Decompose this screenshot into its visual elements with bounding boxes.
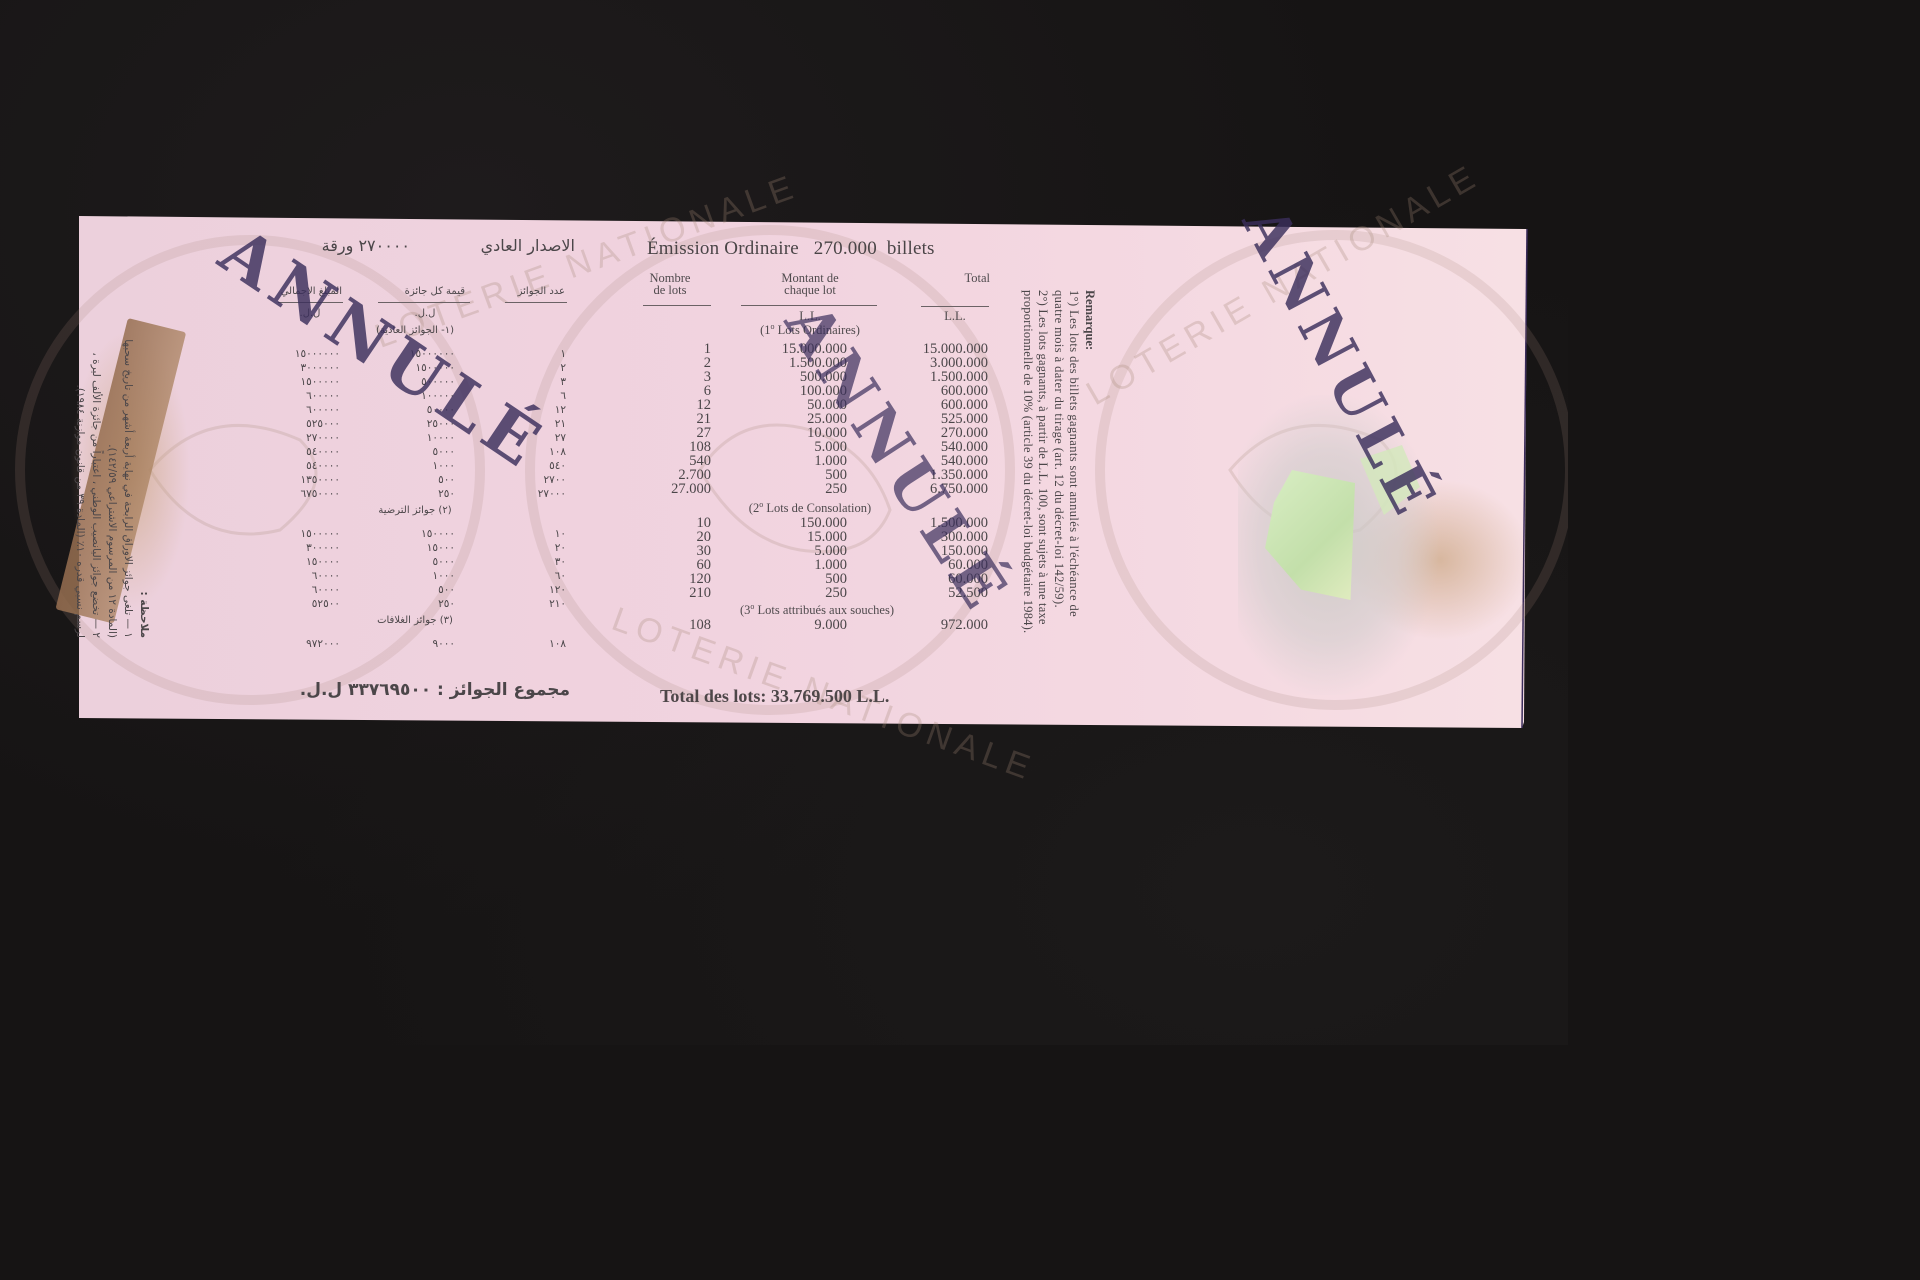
cell-count: 27.000 [601, 482, 711, 496]
cell-count: 210 [601, 586, 711, 600]
arabic-notes-line-3: ٢ — تخضع جوائز اليانصيب الوطني ، اعتبارا… [88, 293, 104, 638]
cell-total: 3.000.000 [878, 356, 988, 370]
french-title: Émission Ordinaire 270.000 billets [647, 238, 935, 260]
cell-amount: 500 [737, 468, 847, 482]
currency-total: L.L. [935, 310, 975, 322]
cell-count: 60 [601, 558, 711, 572]
ar-rule-count [505, 302, 567, 303]
cell-count: 12 [601, 398, 711, 412]
cell-count: 27 [601, 426, 711, 440]
ar-cell-amount: ٥٠٠ [355, 583, 455, 597]
ar-cell-total: ١٥٠٠٠٠٠ [240, 375, 340, 389]
ar-cell-total: ١٥٠٠٠٠ [240, 555, 340, 569]
ar-cell-amount: ٥٠٠٠ [355, 445, 455, 459]
section-label: (2o Lots de Consolation) [740, 500, 880, 516]
ar-cell-amount: ٥٠٠ [355, 473, 455, 487]
col-header-total: Total [940, 272, 990, 284]
remark-heading: Remarque: [1082, 290, 1098, 633]
cell-amount: 500 [737, 572, 847, 586]
cell-count: 6 [601, 384, 711, 398]
cell-count: 10 [601, 516, 711, 530]
col-header-amount-line2: chaque lot [760, 284, 860, 296]
section-label: (3o Lots attribués aux souches) [740, 602, 880, 618]
ar-cell-total: ١٣٥٠٠٠٠ [240, 473, 340, 487]
issue-type: Émission Ordinaire [647, 238, 799, 259]
ar-cell-amount: ١٥٠٠٠٠ [355, 527, 455, 541]
ar-cell-total: ٦٠٠٠٠ [240, 583, 340, 597]
cell-count: 2.700 [601, 468, 711, 482]
cell-count: 20 [601, 530, 711, 544]
ar-cell-total: ٦٠٠٠٠ [240, 569, 340, 583]
ar-cell-count: ٢٠ [466, 541, 566, 555]
ar-currency-amount: ل.ل. [405, 308, 445, 319]
ar-cell-amount: ١٠٠٠ [355, 459, 455, 473]
remark-line-3: 2°) Les lots gagnants, à partir de L.L. … [1035, 290, 1051, 633]
cell-amount: 15.000 [737, 530, 847, 544]
arabic-notes-heading: ملاحظة : [136, 293, 152, 638]
cell-amount: 250 [737, 482, 847, 496]
ar-section-label: (٣) جوائز الغلافات [360, 615, 470, 626]
lottery-ticket: LOTERIE NATIONALE LOTERIE NATIONALE LOTE… [0, 0, 1568, 1045]
cell-amount: 5.000 [737, 440, 847, 454]
ar-cell-count: ٣٠ [466, 555, 566, 569]
col-header-amount: Montant de chaque lot [760, 272, 860, 296]
ar-cell-total: ٦٠٠٠٠٠ [240, 403, 340, 417]
ar-cell-amount: ٢٥٠ [355, 597, 455, 611]
ar-cell-total: ٥٤٠٠٠٠ [240, 459, 340, 473]
tickets-label: billets [887, 238, 935, 259]
ar-cell-count: ١٠٨ [466, 637, 566, 651]
cell-count: 1 [601, 342, 711, 356]
ar-cell-amount: ٩٠٠٠ [355, 637, 455, 651]
ar-rule-amount [378, 302, 470, 303]
cell-count: 120 [601, 572, 711, 586]
rule-total [921, 306, 989, 307]
ar-cell-total: ٥٤٠٠٠٠ [240, 445, 340, 459]
cell-count: 21 [601, 412, 711, 426]
ar-cell-count: ٦٠ [466, 569, 566, 583]
ar-cell-total: ٣٠٠٠٠٠٠ [240, 361, 340, 375]
cell-amount: 5.000 [737, 544, 847, 558]
ar-cell-total: ٣٠٠٠٠٠ [240, 541, 340, 555]
ar-section-label: (٢) جوائز الترضية [360, 505, 470, 516]
cell-amount: 1.000 [737, 558, 847, 572]
ar-col-header-amount: قيمة كل جائزة [385, 286, 465, 297]
remark-line-1: 1°) Les lots des billets gagnants sont a… [1066, 290, 1082, 633]
ar-cell-total: ٢٧٠٠٠٠ [240, 431, 340, 445]
ar-cell-total: ١٥٠٠٠٠٠ [240, 527, 340, 541]
cell-count: 2 [601, 356, 711, 370]
cell-amount: 250 [737, 586, 847, 600]
ar-cell-total: ٦٠٠٠٠٠ [240, 389, 340, 403]
ar-cell-total: ٥٢٥٠٠ [240, 597, 340, 611]
ar-cell-total: ٥٢٥٠٠٠ [240, 417, 340, 431]
ar-cell-count: ١٢٠ [466, 583, 566, 597]
ar-cell-amount: ١٥٠٠٠ [355, 541, 455, 555]
ar-col-header-count: عدد الجوائز [500, 286, 565, 297]
ar-cell-amount: ٢٥٠ [355, 487, 455, 501]
ar-cell-count: ٢٧٠٠٠ [466, 487, 566, 501]
cell-amount: 1.000 [737, 454, 847, 468]
arabic-notes-block: ملاحظة : ١ — تلغى جوائز الاوراق الرابحة … [72, 293, 152, 638]
cell-total: 15.000.000 [878, 342, 988, 356]
remark-line-2: quatre mois à dater du tirage (art. 12 d… [1051, 290, 1067, 633]
arabic-title: الاصدار العادي [440, 236, 575, 255]
tickets-count: 270.000 [814, 238, 877, 259]
french-grand-total: Total des lots: 33.769.500 L.L. [660, 686, 889, 707]
cell-count: 108 [601, 618, 711, 632]
arabic-notes-line-1: ١ — تلغى جوائز الاوراق الرابحة في نهاية … [120, 293, 136, 638]
ar-cell-amount: ١٠٠٠ [355, 569, 455, 583]
cell-count: 108 [601, 440, 711, 454]
col-header-count: Nombre de lots [640, 272, 700, 296]
arabic-grand-total: مجموع الجوائز : ٣٣٧٦٩٥٠٠ ل.ل. [240, 680, 570, 700]
ar-cell-total: ٦٧٥٠٠٠٠ [240, 487, 340, 501]
cell-count: 30 [601, 544, 711, 558]
col-header-count-line2: de lots [640, 284, 700, 296]
cell-amount: 150.000 [737, 516, 847, 530]
rule-count [643, 305, 711, 306]
cell-amount: 9.000 [737, 618, 847, 632]
arabic-notes-line-4: لرسم نسبي قدره ١٠٪ (المادة ٣٩ من قانون م… [72, 293, 88, 638]
ar-cell-amount: ٥٠٠٠ [355, 555, 455, 569]
ar-cell-count: ١٠ [466, 527, 566, 541]
ar-cell-count: ١ [466, 347, 566, 361]
cell-total: 1.500.000 [878, 370, 988, 384]
cell-count: 3 [601, 370, 711, 384]
cell-amount: 10.000 [737, 426, 847, 440]
remark-block: Remarque: 1°) Les lots des billets gagna… [1020, 290, 1098, 633]
ar-cell-count: ٢١٠ [466, 597, 566, 611]
cell-count: 540 [601, 454, 711, 468]
col-header-total-label: Total [940, 272, 990, 284]
ar-cell-total: ٩٧٢٠٠٠ [240, 637, 340, 651]
arabic-notes-line-2: (المادة ١٢ من المرسوم الاشتراعي ١٤٢/٥٩). [104, 293, 120, 638]
